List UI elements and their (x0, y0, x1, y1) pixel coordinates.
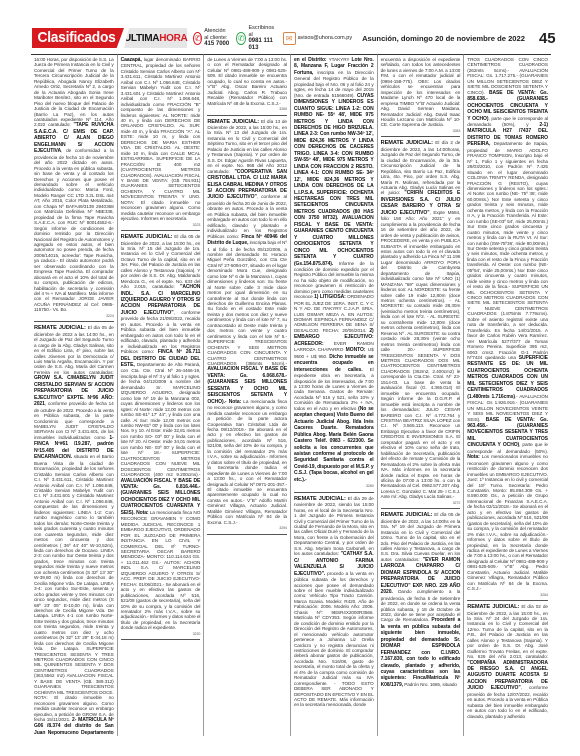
classified-ad-text: de Lunes a Viernes de 7:00 a 13:00 hs. o… (207, 57, 287, 106)
ad-body-text: El día 05 de diciembre de 2022 a las 14:… (34, 325, 114, 375)
ad-body-text: El día 13 de Diciembre de 2022, a las 15… (207, 119, 287, 174)
ad-body-text: situado en el Barrio Buena Vista de la c… (34, 454, 114, 722)
ad-heading: REMATE JUDICIAL: (381, 140, 433, 146)
page-number: 45 (539, 30, 556, 47)
ad-reference-number: 3220 (121, 632, 201, 637)
ad-body-text: La mencionada finca no reconoce gravamen… (207, 399, 287, 525)
classified-ad-text: REMATE JUDICIAL: El día 05 de diciembre … (381, 512, 461, 688)
classified-ad-text: REMATE JUDICIAL: El día 05 de diciembre … (34, 325, 114, 736)
classified-ad-text: en el Distrito: YTAKYRY Lote Nro. 8, Man… (294, 57, 374, 483)
ad-body-text: El día 29 de noviembre de 2022, siendo l… (294, 496, 374, 557)
logo-part-ultima: ULTIMA (124, 33, 159, 44)
classifieds-columns: 16:00 Horas, por disposición de S.S. La … (31, 54, 551, 736)
classified-ad-text: REMATE JUDICIAL: El día 05 de Diciembre … (121, 234, 201, 631)
ad-body-text: Departamento de Itapúa, propiedad de MAR… (467, 141, 548, 360)
ad-bold-text: CUYAS DIMENSIONES Y LINDEROS ES CUANTO S… (294, 93, 374, 267)
classified-ad-text: 16:00 Horas, por disposición de S.S. La … (34, 57, 114, 313)
ad-body-text: encuentra a disposición el expediente se… (381, 57, 461, 127)
ad-body-text: , conforme al proveído de fecha 20 de Ju… (207, 194, 287, 238)
classified-ad-text: REMATE JUDICIAL: El día 2 de diciembre d… (381, 140, 461, 499)
envelope-icon: ✉ (283, 32, 296, 45)
ad-reference-number: 3264 (467, 593, 548, 598)
classified-ad-text: encuentra a disposición el expediente se… (381, 57, 461, 128)
ad-divider (381, 508, 461, 509)
ad-body-text: , conforme proveído de fecha 14 de octub… (34, 401, 114, 440)
ad-body-text: La mencionada finca NO RECONOCE GRAVAMEN… (121, 510, 201, 631)
ad-body-text: YTAKYRY (327, 57, 352, 62)
ad-heading: REMATE JUDICIAL: (34, 325, 86, 331)
column-6: TROS CUADRADOS CON CINCO CENTIMETROS CUA… (464, 54, 551, 736)
ad-body-text: procedo a la venta en pública subasta de… (294, 571, 374, 708)
ad-bold-text: Caazapá, (121, 57, 142, 63)
classified-ad-text: TROS CUADRADOS CON CINCO CENTIMETROS CUA… (467, 57, 548, 592)
contact-phone: ✆ Atención al cliente: 415 7000 (193, 28, 229, 48)
ad-divider (467, 600, 548, 601)
contact-email: ✉ avisos@uhora.com.py (283, 28, 353, 48)
ad-divider (381, 136, 461, 137)
ad-body-text: , Expte M584, folio 158 Año: Año 2021" y… (381, 210, 461, 500)
ad-heading: REMATE JUDICIAL: (467, 604, 519, 610)
page-header: Clasificados ULTIMAHORA ✆ Atención al cl… (32, 28, 552, 48)
ad-body-text: lugar denominado BARRIO CENTRAL, propied… (121, 57, 201, 221)
ad-body-text: El día 05 de diciembre de 2022, a las 14… (381, 512, 461, 562)
ad-bold-text: (No se aceptan cheques) Visto Bueno del … (294, 406, 374, 483)
classified-ad-text: REMATE JUDICIAL: El día 29 de noviembre … (294, 496, 374, 708)
newspaper-logo: ULTIMAHORA (124, 28, 187, 48)
ad-divider (294, 492, 374, 493)
ad-body-text: El expediente obra en Secretaría, a disp… (294, 367, 374, 411)
contact-whatsapp: ✆ Escríbinos al 0981 111 013 (236, 28, 277, 48)
classified-ad-text: Caazapá, lugar denominado BARRIO CENTRAL… (121, 57, 201, 222)
ad-reference-number: 3265 (207, 107, 287, 112)
ad-body-text: , conforme proveído de fecha 21/09/2022,… (121, 310, 201, 354)
column-2: Caazapá, lugar denominado BARRIO CENTRAL… (118, 54, 205, 736)
ad-body-text: El día 2 de diciembre de 2022, a las 14:… (381, 140, 461, 195)
ad-body-text: inscripta bajo el Nº 1 al folio 1 de fec… (207, 240, 287, 366)
ad-body-text: Los mencionados inmuebles no reconocen g… (467, 454, 548, 591)
column-3: de Lunes a Viernes de 7:00 a 13:00 hs. o… (204, 54, 291, 736)
ad-heading: REMATE JUDICIAL: (294, 496, 346, 502)
contact-whatsapp-number: 0981 111 013 (248, 38, 276, 51)
column-4: en el Distrito: YTAKYRY Lote Nro. 8, Man… (291, 54, 378, 736)
ad-body-text: ORDENADO POR EL JUEZ DE 1ERA. INST. C. Y… (294, 294, 374, 333)
ad-bold-text: Nota: (467, 454, 479, 460)
ad-body-text: Padrón Nro. 1665, situado (403, 682, 457, 687)
ad-bold-text: Procederé a la venta en pública subasta … (381, 617, 461, 688)
phone-icon: ✆ (193, 32, 202, 45)
ad-heading: REMATE JUDICIAL: (381, 512, 433, 518)
section-title: Clasificados (32, 28, 124, 48)
ad-heading: REMATE JUDICIAL: (207, 119, 259, 125)
ad-reference-number: 3272 (381, 501, 461, 506)
ad-divider (121, 639, 201, 640)
ad-bold-text: 1) LITIGIOSA: (314, 294, 346, 300)
ad-body-text: El día 05 de Diciembre de 2022, a las 15… (121, 234, 201, 289)
ad-body-text: de Lunes a Viernes de 7:00 a 13:00 hs. o… (207, 57, 287, 106)
ad-body-text: , de conformidad a la providencia de fec… (34, 148, 114, 312)
ad-bold-text: en el Distrito: (294, 57, 327, 63)
ad-reference-number: 3294 (207, 526, 287, 531)
classified-ad-text: REMATE JUDICIAL: El día 13 de Diciembre … (207, 119, 287, 526)
ad-divider (207, 534, 287, 535)
publication-date: Asunción, domingo 20 de noviembre de 202… (362, 34, 525, 43)
ad-heading: REMATE JUDICIAL: (121, 234, 173, 240)
classified-ad-text: REMATE JUDICIAL: El día 02 de Diciembre … (467, 604, 548, 719)
ad-body-text: Departamento de Alto Paraná, con Cta. Ct… (121, 362, 201, 477)
ad-divider (207, 115, 287, 116)
ad-bold-text: MONTO: (346, 347, 366, 353)
ad-body-text: 16:00 Horas, por disposición de S.S. La … (34, 57, 114, 127)
logo-part-hora: HORA (159, 33, 187, 44)
contact-phone-number: 415 7000 (204, 41, 230, 48)
ad-reference-number: 3223 (121, 223, 201, 228)
ad-reference-number: 3280 (294, 484, 374, 489)
column-5: encuentra a disposición el expediente se… (378, 54, 465, 736)
ad-divider (34, 321, 114, 322)
ad-divider (121, 230, 201, 231)
contact-phone-label: Atención al cliente: (204, 28, 230, 41)
ad-reference-number: 3283 (381, 129, 461, 134)
ad-body-text: El día 02 de Diciembre de 2022, a las 15… (467, 604, 548, 659)
whatsapp-icon: ✆ (236, 32, 247, 45)
ad-reference-number: 3224 (34, 314, 114, 319)
contact-whatsapp-label: Escríbinos al (248, 25, 276, 38)
contact-email-address: avisos@uhora.com.py (298, 35, 353, 42)
column-1: 16:00 Horas, por disposición de S.S. La … (31, 54, 118, 736)
